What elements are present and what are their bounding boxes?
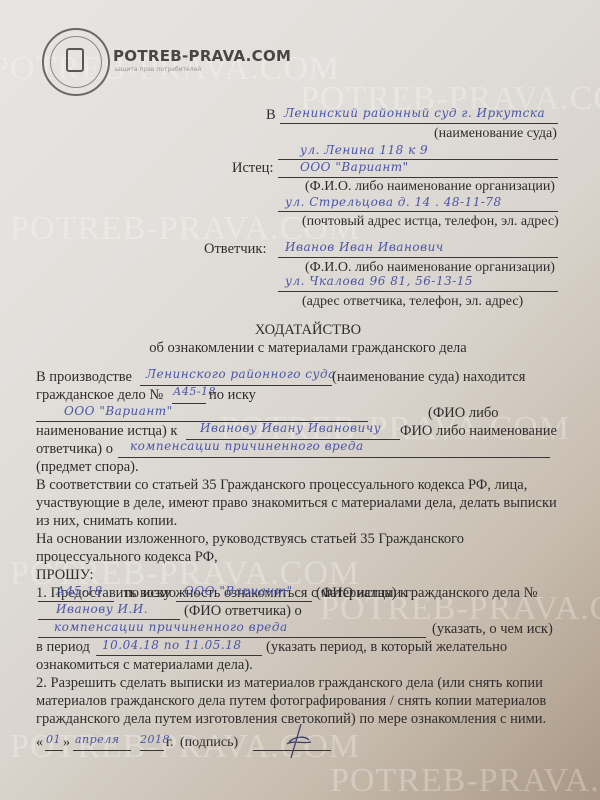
item1-l3-suffix: (ФИО ответчика) о xyxy=(184,603,302,620)
body-l5-prefix: ответчика) о xyxy=(36,441,113,458)
plaintiff-address-caption: (почтовый адрес истца, телефон, эл. адре… xyxy=(302,213,559,230)
item1-period-line xyxy=(96,655,262,656)
defendant-name-line xyxy=(278,257,558,258)
shopping-bag-icon xyxy=(66,48,84,72)
court-name-field[interactable]: Ленинский районный суд г. Иркутска xyxy=(284,106,545,120)
item1-l5-suffix: (указать период, в который желательно xyxy=(266,639,507,656)
para2-line1: В соответствии со статьей 35 Гражданског… xyxy=(36,477,527,494)
item1-l4-suffix: (указать, о чем иск) xyxy=(432,621,553,638)
item1-l5-prefix: в период xyxy=(36,639,90,656)
body-l2-prefix: гражданское дело № xyxy=(36,387,163,404)
court-caption: (наименование суда) xyxy=(434,125,557,142)
plaintiff-address-field[interactable]: ул. Стрельцова д. 14 . 48-11-78 xyxy=(285,195,502,209)
body-plaintiff-field[interactable]: ООО "Вариант" xyxy=(64,404,173,418)
item1-defendant-field[interactable]: Иванову И.И. xyxy=(56,602,148,616)
para2-line3: из них, снимать копии. xyxy=(36,513,177,530)
plaintiff-label: Истец: xyxy=(232,160,273,177)
defendant-address-field[interactable]: ул. Чкалова 96 81, 56-13-15 xyxy=(285,274,473,288)
court-address-field[interactable]: ул. Ленина 118 к 9 xyxy=(300,143,428,157)
body-l1-suffix: (наименование суда) находится xyxy=(332,369,525,386)
item1-line6: ознакомиться с материалами дела). xyxy=(36,657,253,674)
date-year-line xyxy=(140,750,164,751)
plaintiff-address-line xyxy=(278,211,558,212)
item2-line1: 2. Разрешить сделать выписки из материал… xyxy=(36,675,543,692)
watermark: POTREB-PRAVA.COM xyxy=(330,762,600,800)
defendant-name-field[interactable]: Иванов Иван Иванович xyxy=(285,240,444,254)
date-day-line xyxy=(45,750,63,751)
item1-period-field[interactable]: 10.04.18 по 11.05.18 xyxy=(102,638,241,652)
body-l1-prefix: В производстве xyxy=(36,369,132,386)
body-case-no-line xyxy=(172,403,206,404)
document-subtitle: об ознакомлении с материалами гражданско… xyxy=(0,340,600,357)
document-title: ХОДАТАЙСТВО xyxy=(0,322,600,339)
date-day-field[interactable]: 01 xyxy=(46,733,61,746)
date-close-quote: » xyxy=(63,734,70,751)
item1-plaintiff-line xyxy=(176,601,312,602)
body-l4-suffix: ФИО либо наименование xyxy=(400,423,557,440)
item1-plaintiff-field[interactable]: ООО "Вариант" xyxy=(184,584,293,598)
body-l2-suffix: по иску xyxy=(209,387,256,404)
item1-l2-mid: по иску xyxy=(124,585,171,602)
signature-icon xyxy=(283,722,313,760)
court-name-line xyxy=(280,123,558,124)
date-month-field[interactable]: апреля xyxy=(75,733,119,746)
body-l4-prefix: наименование истца) к xyxy=(36,423,177,440)
request-heading: ПРОШУ: xyxy=(36,567,94,584)
plaintiff-name-field[interactable]: ООО "Вариант" xyxy=(300,160,409,174)
date-year-suffix: г. xyxy=(166,734,174,751)
plaintiff-caption: (Ф.И.О. либо наименование организации) xyxy=(305,178,555,195)
item1-subject-field[interactable]: компенсации причиненного вреда xyxy=(54,620,288,634)
body-l6: (предмет спора). xyxy=(36,459,139,476)
body-court-field[interactable]: Ленинского районного суда xyxy=(146,367,336,381)
body-subject-field[interactable]: компенсации причиненного вреда xyxy=(130,439,364,453)
defendant-address-caption: (адрес ответчика, телефон, эл. адрес) xyxy=(302,293,523,310)
site-name: POTREB-PRAVA.COM xyxy=(113,47,291,65)
item1-l2-suffix: (ФИО истца) к xyxy=(316,585,407,602)
signature-label: (подпись) xyxy=(180,734,238,751)
para3-line1: На основании изложенного, руководствуясь… xyxy=(36,531,464,548)
body-subject-line xyxy=(118,457,550,458)
body-court-line xyxy=(140,385,332,386)
site-tagline: защита прав потребителей xyxy=(114,66,201,73)
body-defendant-field[interactable]: Иванову Ивану Ивановичу xyxy=(200,421,381,435)
para2-line2: участвующие в деле, имеют право знакомит… xyxy=(36,495,557,512)
defendant-address-line xyxy=(278,291,558,292)
to-prefix: В xyxy=(266,107,276,124)
date-open-quote: « xyxy=(36,734,43,751)
para3-line2: процессуального кодекса РФ, xyxy=(36,549,218,566)
body-l3-suffix: (ФИО либо xyxy=(428,405,498,422)
date-month-line xyxy=(73,750,131,751)
item2-line2: материалов гражданского дела путем фотог… xyxy=(36,693,546,710)
item1-case-no-field[interactable]: А45-18 xyxy=(56,584,103,598)
defendant-label: Ответчик: xyxy=(204,241,266,258)
